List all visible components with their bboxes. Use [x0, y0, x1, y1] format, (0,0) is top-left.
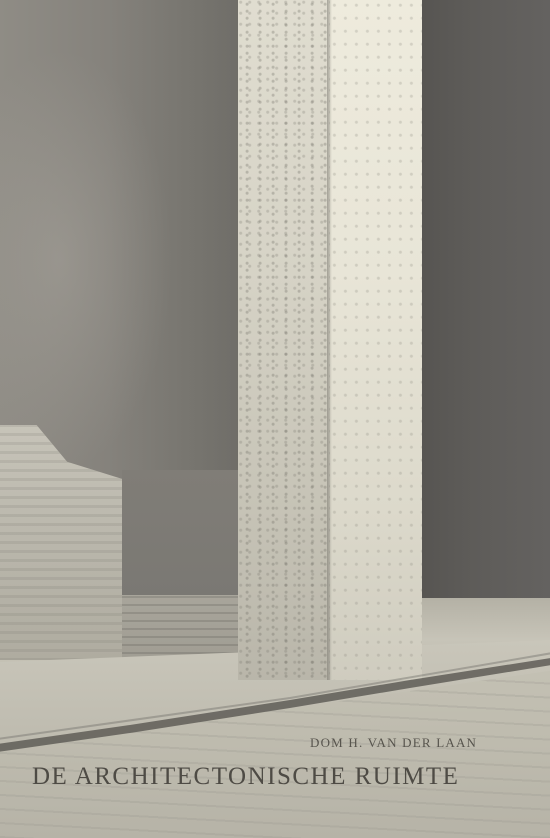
block-shadow [122, 470, 240, 600]
pillar-edge [327, 0, 332, 680]
pillar-lit-face [330, 0, 422, 680]
pillar-shaded-face [238, 0, 330, 680]
author-name: Dom H. van der Laan [0, 735, 550, 751]
book-title: De Architectonische Ruimte [32, 763, 459, 791]
book-cover: Dom H. van der Laan De Architectonische … [0, 0, 550, 838]
right-dark-wall [422, 0, 550, 600]
